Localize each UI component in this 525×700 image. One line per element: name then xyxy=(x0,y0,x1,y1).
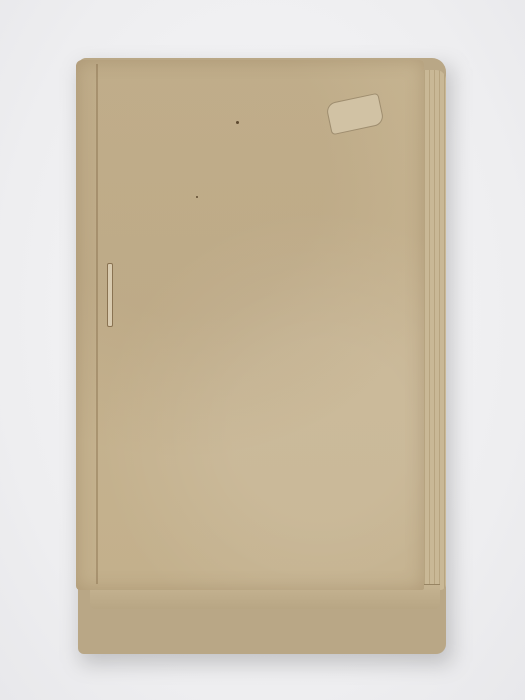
binding-stitch xyxy=(107,263,113,327)
spine-fold xyxy=(96,64,98,584)
ink-speck xyxy=(196,196,198,198)
ink-speck xyxy=(236,121,239,124)
front-cover xyxy=(76,60,424,590)
